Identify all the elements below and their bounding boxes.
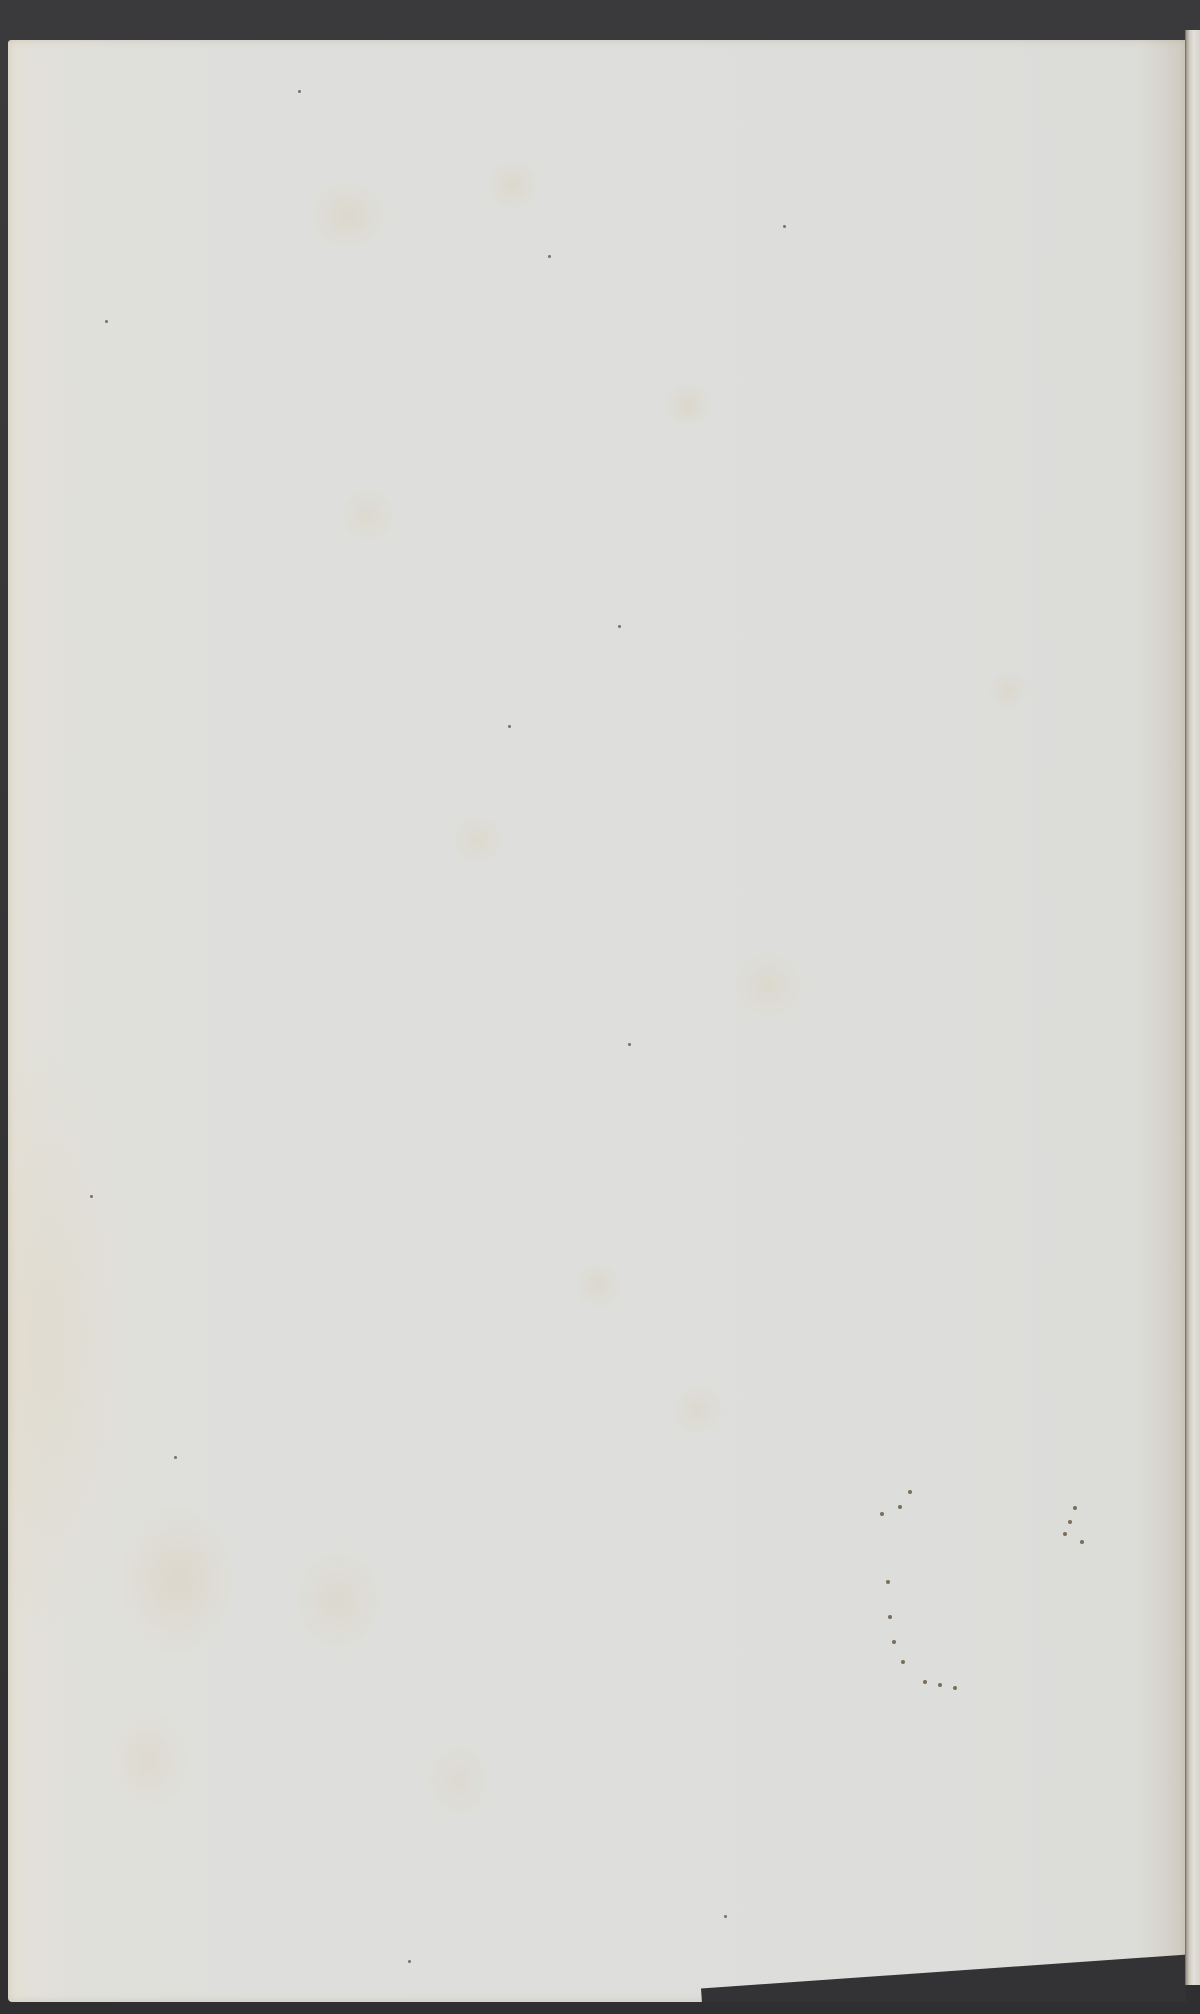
paper-speck	[724, 1915, 727, 1918]
paper-speck	[618, 625, 621, 628]
paper-speck	[508, 725, 511, 728]
paper-speck	[548, 255, 551, 258]
paper-speck	[783, 225, 786, 228]
stain-dot	[888, 1615, 892, 1619]
stain-dot	[1068, 1520, 1072, 1524]
stain-dot	[908, 1490, 912, 1494]
stain-dot	[1080, 1540, 1084, 1544]
binding-edge	[1185, 30, 1200, 1985]
stain-dot	[1073, 1506, 1077, 1510]
paper-speck	[105, 320, 108, 323]
stain-dot	[898, 1505, 902, 1509]
stain-dot	[938, 1683, 942, 1687]
stain-dot	[892, 1640, 896, 1644]
stain-dot	[953, 1686, 957, 1690]
paper-speck	[408, 1960, 411, 1963]
stain-dot	[923, 1680, 927, 1684]
paper-speck	[174, 1456, 177, 1459]
paper-speck	[90, 1195, 93, 1198]
stain-dot	[901, 1660, 905, 1664]
paper-speck	[628, 1043, 631, 1046]
book-page	[8, 40, 1186, 2002]
stain-dot	[1063, 1532, 1067, 1536]
stain-dot	[880, 1512, 884, 1516]
paper-speck	[298, 90, 301, 93]
stain-dot	[886, 1580, 890, 1584]
